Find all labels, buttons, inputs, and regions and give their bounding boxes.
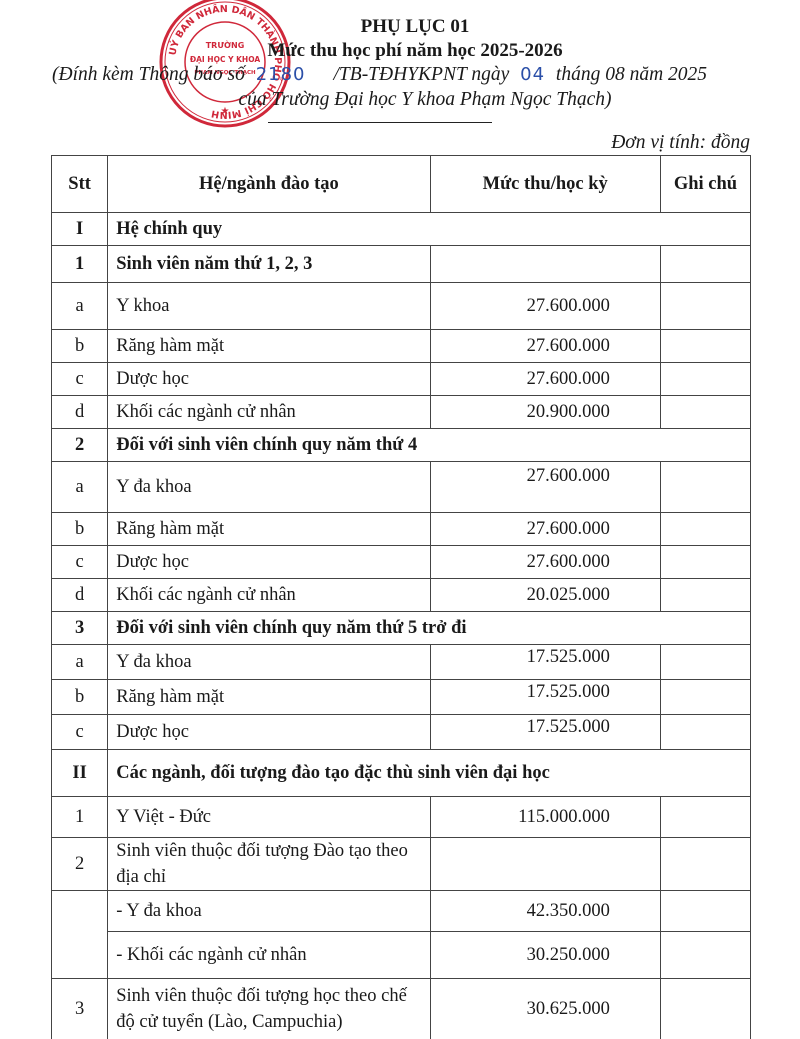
table-row: b Răng hàm mặt 17.525.000 <box>52 680 751 715</box>
table-row-group: 1 Sinh viên năm thứ 1, 2, 3 <box>52 246 751 283</box>
table-row: d Khối các ngành cử nhân 20.900.000 <box>52 396 751 429</box>
table-header-row: Stt Hệ/ngành đào tạo Mức thu/học kỳ Ghi … <box>52 156 751 213</box>
table-row: c Dược học 27.600.000 <box>52 363 751 396</box>
title-divider <box>268 122 492 123</box>
table-row: 3 Sinh viên thuộc đối tượng học theo chế… <box>52 979 751 1039</box>
handwritten-document-number: 2180 <box>256 64 306 85</box>
appendix-title: PHỤ LỤC 01 <box>0 16 800 38</box>
attachment-issuer: của Trường Đại học Y khoa Phạm Ngọc Thạc… <box>0 89 800 111</box>
table-row-section: 3 Đối với sinh viên chính quy năm thứ 5 … <box>52 612 751 645</box>
table-row: a Y khoa 27.600.000 <box>52 283 751 330</box>
tuition-fee-table: Stt Hệ/ngành đào tạo Mức thu/học kỳ Ghi … <box>51 155 751 1039</box>
handwritten-day: 04 <box>520 64 545 85</box>
currency-unit-note: Đơn vị tính: đồng <box>611 132 750 154</box>
table-row-section: 2 Đối với sinh viên chính quy năm thứ 4 <box>52 429 751 462</box>
column-header-note: Ghi chú <box>660 156 750 213</box>
table-row: - Khối các ngành cử nhân 30.250.000 <box>52 932 751 979</box>
table-row: d Khối các ngành cử nhân 20.025.000 <box>52 579 751 612</box>
table-row: 1 Y Việt - Đức 115.000.000 <box>52 797 751 838</box>
attachment-reference: (Đính kèm Thông báo số 2180/TB-TĐHYKPNT … <box>52 64 707 86</box>
column-header-fee: Mức thu/học kỳ <box>430 156 660 213</box>
table-row: c Dược học 17.525.000 <box>52 715 751 750</box>
table-row: b Răng hàm mặt 27.600.000 <box>52 330 751 363</box>
table-row-section: I Hệ chính quy <box>52 213 751 246</box>
table-row: a Y đa khoa 17.525.000 <box>52 645 751 680</box>
column-header-stt: Stt <box>52 156 108 213</box>
table-row: c Dược học 27.600.000 <box>52 546 751 579</box>
column-header-program: Hệ/ngành đào tạo <box>108 156 430 213</box>
table-row-section: II Các ngành, đối tượng đào tạo đặc thù … <box>52 750 751 797</box>
table-row: a Y đa khoa 27.600.000 <box>52 462 751 513</box>
appendix-subtitle: Mức thu học phí năm học 2025-2026 <box>0 40 800 62</box>
document-header: UỶ BAN NHÂN DÂN THÀNH PHỐ HỒ CHÍ MINH TR… <box>0 0 800 160</box>
table-row: 2 Sinh viên thuộc đối tượng Đào tạo theo… <box>52 838 751 891</box>
table-row: - Y đa khoa 42.350.000 <box>52 891 751 932</box>
table-row: b Răng hàm mặt 27.600.000 <box>52 513 751 546</box>
